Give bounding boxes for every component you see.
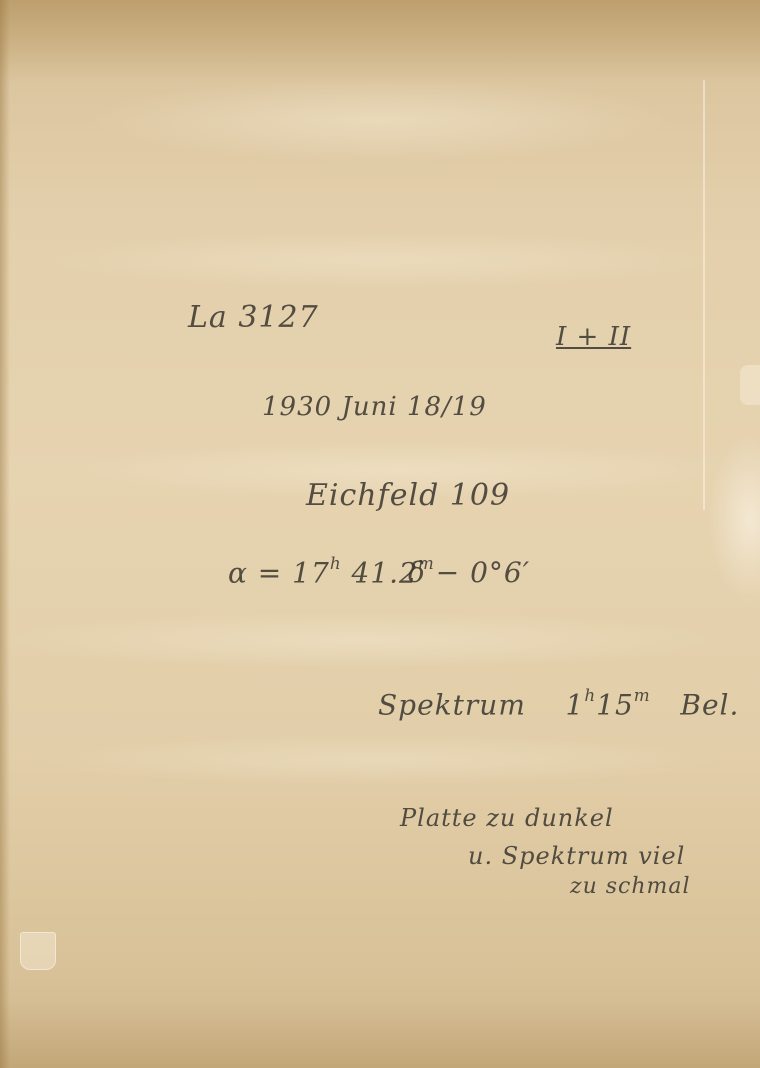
paper-left-edge [0, 0, 10, 1068]
catalog-id: La 3127 [188, 300, 319, 335]
paper-fold-shadow-bottom [0, 1000, 760, 1068]
object-name: Eichfeld 109 [306, 478, 510, 513]
exposure: Spektrum 1h15m Bel. [378, 688, 739, 721]
declination: δ − 0°6′ [408, 556, 530, 589]
plate-marking: I + II [556, 322, 631, 352]
paper-tear-mark [20, 932, 56, 970]
exposure-hours: 1 [565, 688, 584, 721]
observation-date: 1930 Juni 18/19 [262, 392, 487, 422]
paper-crease-line [703, 80, 705, 510]
right-ascension: α = 17h 41.2m [228, 556, 435, 589]
exposure-hours-unit: h [584, 685, 596, 705]
exposure-suffix: Bel. [680, 688, 739, 721]
exposure-minutes-unit: m [634, 685, 651, 705]
document-page: La 3127 I + II 1930 Juni 18/19 Eichfeld … [0, 0, 760, 1068]
ra-prefix: α = 17 [228, 556, 330, 589]
note-line-1: Platte zu dunkel [400, 804, 614, 832]
paper-fold-shadow-top [0, 0, 760, 80]
exposure-label: Spektrum [378, 688, 526, 721]
note-line-3: zu schmal [570, 874, 691, 899]
note-line-2: u. Spektrum viel [468, 842, 685, 870]
ra-hours-unit: h [330, 553, 342, 573]
paper-tear-mark [740, 365, 760, 405]
exposure-minutes: 15 [596, 688, 634, 721]
